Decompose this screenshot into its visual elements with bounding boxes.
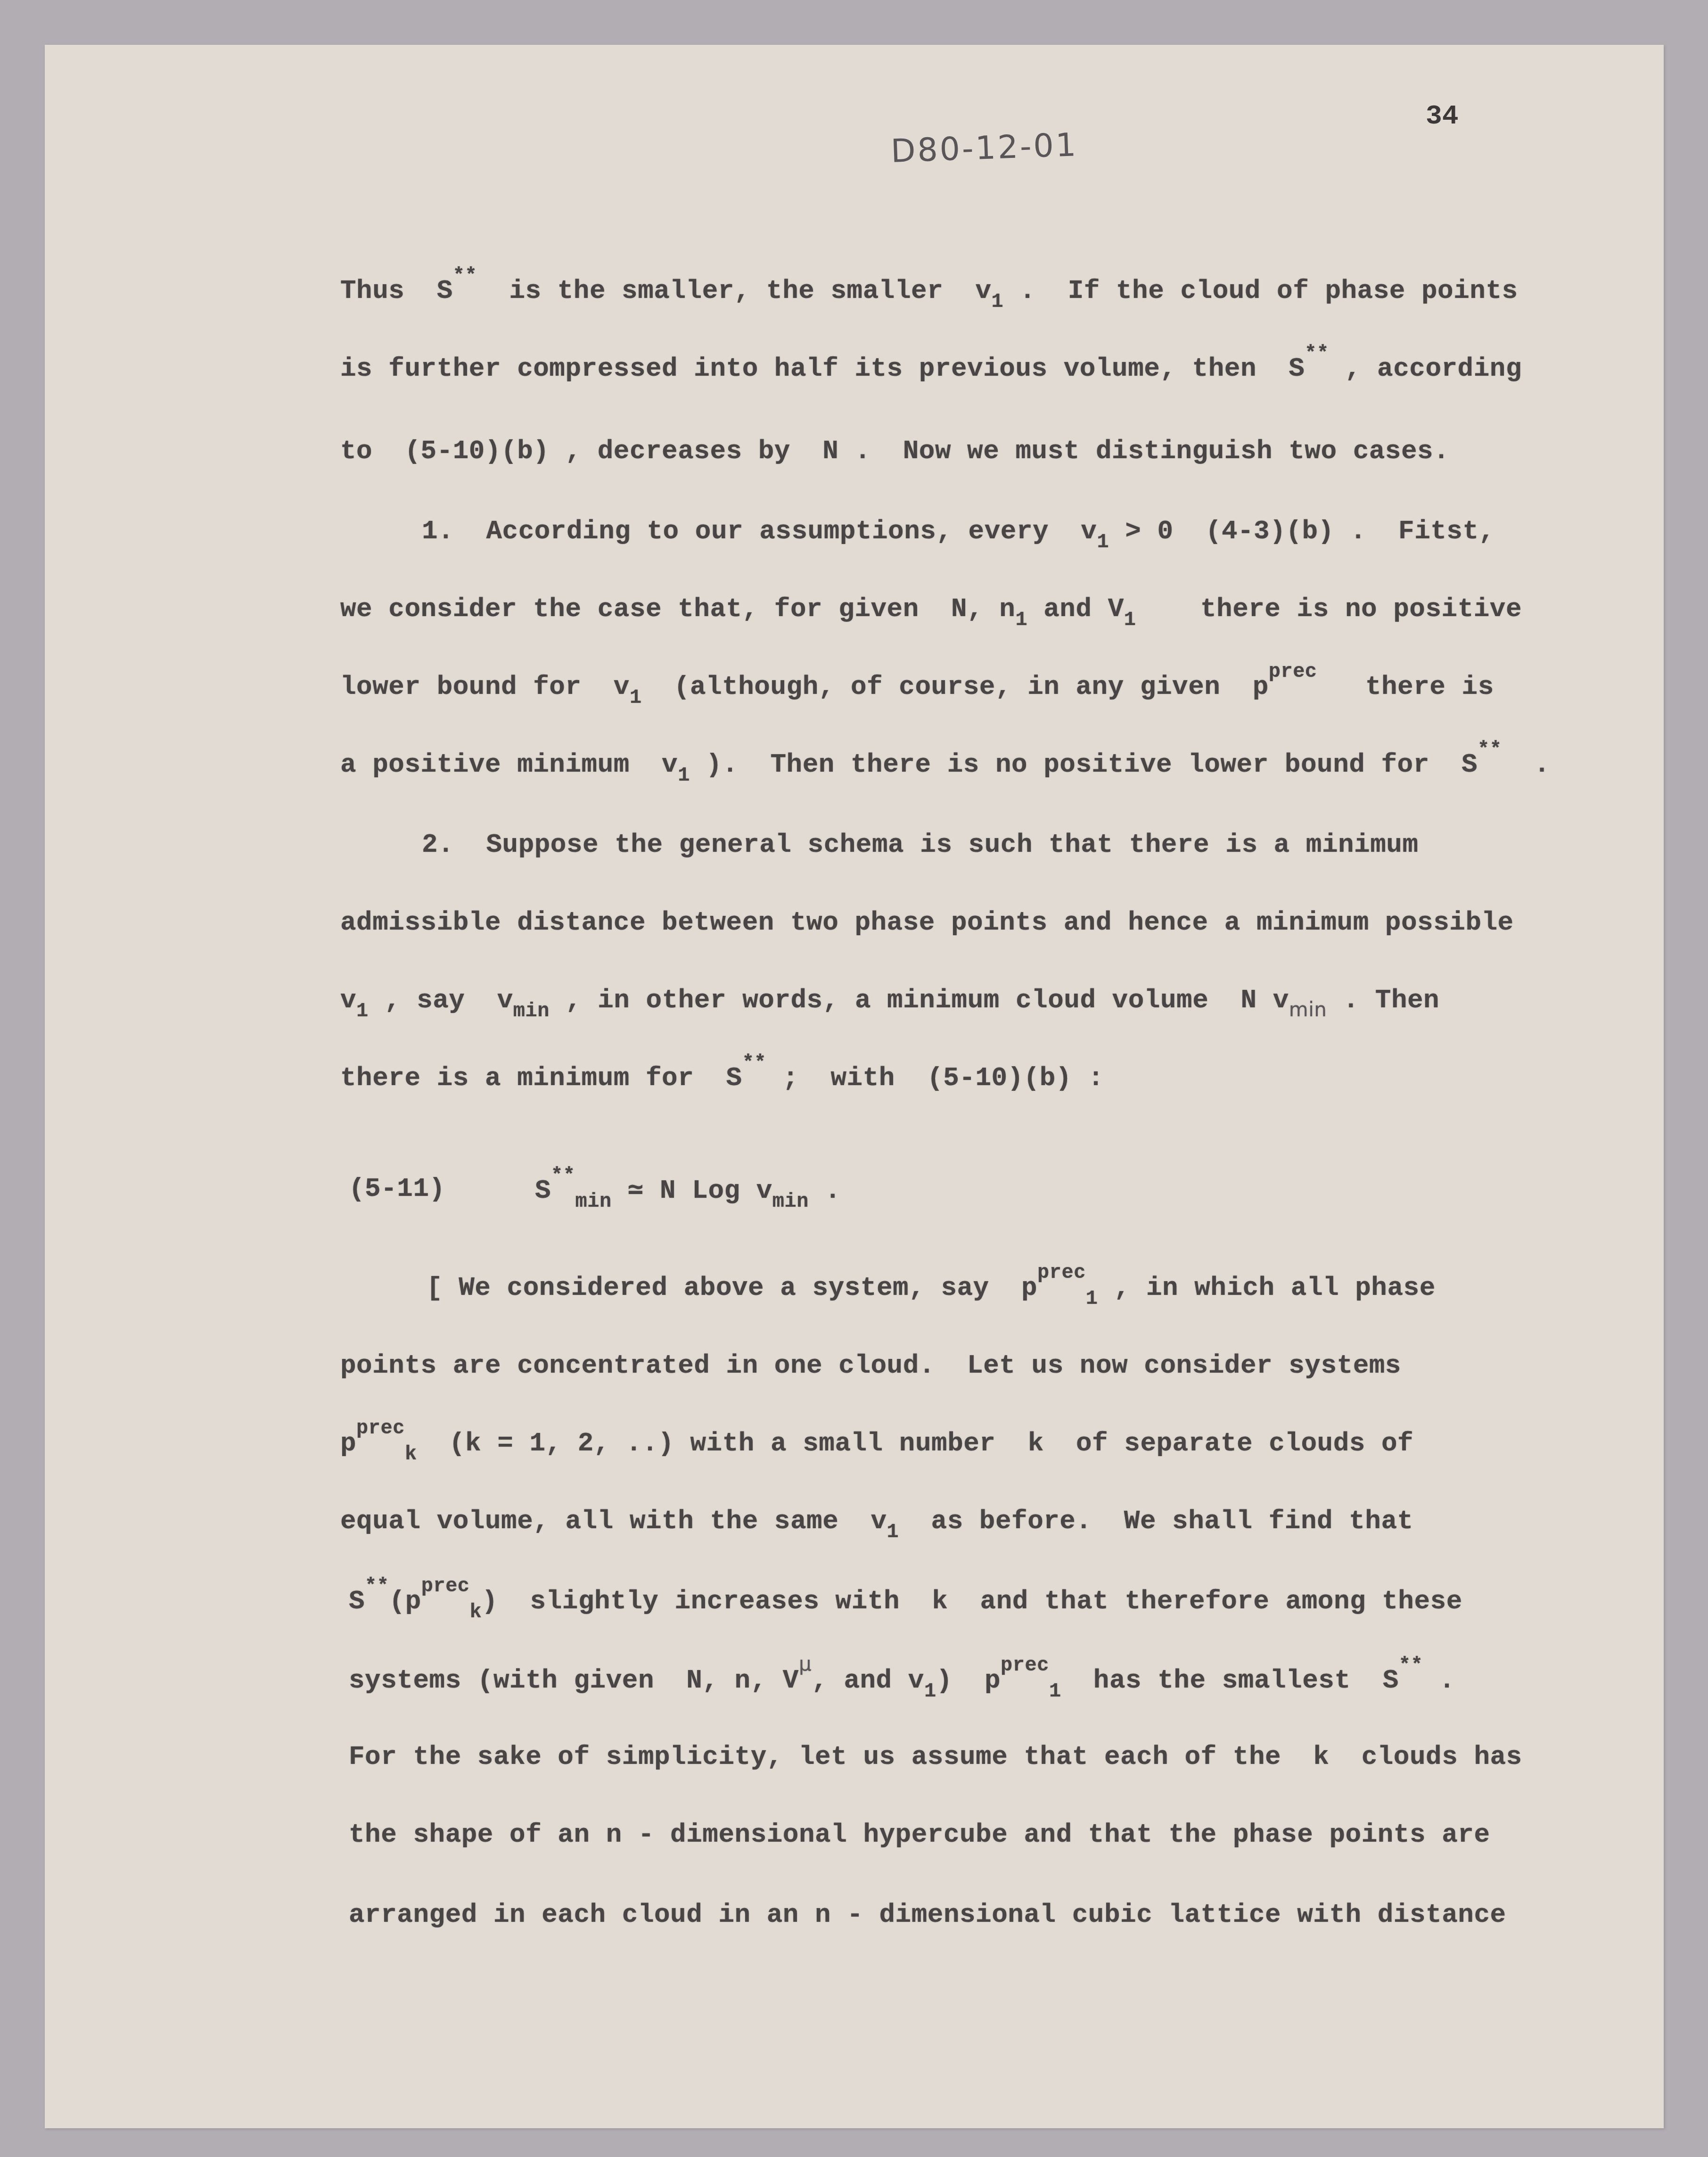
text-line-9: admissible distance between two phase po… <box>340 907 1514 938</box>
text-line-12: [ We considered above a system, say ppre… <box>427 1273 1436 1303</box>
text-line-16: S**(ppreck) slightly increases with k an… <box>349 1586 1462 1616</box>
text-line-3: to (5-10)(b) , decreases by N . Now we m… <box>340 436 1449 466</box>
text-line-6: lower bound for v1 (although, of course,… <box>340 672 1494 702</box>
text-line-5: we consider the case that, for given N, … <box>340 594 1522 624</box>
text-line-1: Thus S** is the smaller, the smaller v1 … <box>340 276 1518 306</box>
text-line-15: equal volume, all with the same v1 as be… <box>340 1506 1413 1536</box>
page-number: 34 <box>1426 101 1459 132</box>
text-line-10: v1 , say vmin , in other words, a minimu… <box>340 985 1439 1015</box>
text-line-18: For the sake of simplicity, let us assum… <box>349 1742 1522 1772</box>
text-line-11: there is a minimum for S** ; with (5-10)… <box>340 1063 1104 1093</box>
text-line-13: points are concentrated in one cloud. Le… <box>340 1350 1401 1381</box>
equation-label: (5-11) <box>349 1174 445 1204</box>
text-line-17: systems (with given N, n, Vμ, and v1) pp… <box>349 1664 1455 1696</box>
text-line-2: is further compressed into half its prev… <box>340 354 1522 384</box>
text-line-4: 1. According to our assumptions, every v… <box>422 516 1495 546</box>
text-line-14: ppreck (k = 1, 2, ..) with a small numbe… <box>340 1428 1413 1458</box>
text-line-8: 2. Suppose the general schema is such th… <box>422 830 1419 860</box>
text-line-19: the shape of an n - dimensional hypercub… <box>349 1819 1490 1850</box>
text-line-7: a positive minimum v1 ). Then there is n… <box>340 749 1550 780</box>
equation-5-11: S**min ≃ N Log vmin . <box>535 1174 841 1206</box>
text-line-20: arranged in each cloud in an n - dimensi… <box>349 1900 1506 1930</box>
handwritten-archive-id: D80-12-01 <box>890 126 1079 170</box>
